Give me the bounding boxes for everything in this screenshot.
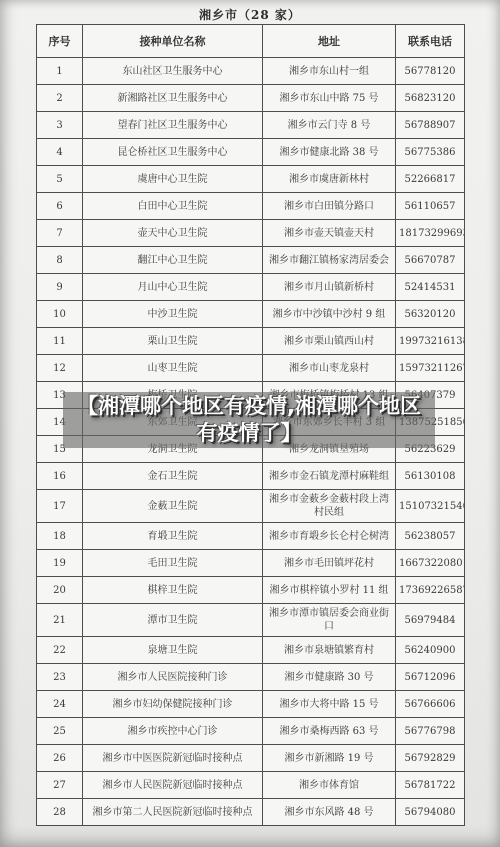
- header-seq: 序号: [37, 25, 83, 58]
- table-row: 7 壶天中心卫生院 湘乡市壶天镇壶天村 18173299693: [37, 220, 465, 247]
- cell-address: 湘乡市体育馆: [263, 772, 396, 799]
- cell-unit-name: 育塅卫生院: [83, 523, 263, 550]
- header-phone: 联系电话: [396, 25, 465, 58]
- cell-unit-name: 泉塘卫生院: [83, 637, 263, 664]
- cell-address: 湘乡市大将中路 15 号: [263, 691, 396, 718]
- cell-phone: 56712096: [396, 664, 465, 691]
- cell-unit-name: 栗山卫生院: [83, 328, 263, 355]
- cell-address: 湘乡市中沙镇中沙村 9 组: [263, 301, 396, 328]
- page-title: 湘乡市（28 家）: [0, 6, 500, 23]
- table-row: 22 泉塘卫生院 湘乡市泉塘镇繁育村 56240900: [37, 637, 465, 664]
- cell-unit-name: 棋梓卫生院: [83, 577, 263, 604]
- cell-address: 湘乡市壶天镇壶天村: [263, 220, 396, 247]
- cell-seq: 12: [37, 355, 83, 382]
- cell-address: 湘乡市月山镇新桥村: [263, 274, 396, 301]
- cell-phone: 15107321546: [396, 490, 465, 523]
- cell-address: 湘乡市金薮乡金薮村段上湾村民组: [263, 490, 396, 523]
- table-row: 23 湘乡市人民医院接种门诊 湘乡市健康路 30 号 56712096: [37, 664, 465, 691]
- table-row: 20 棋梓卫生院 湘乡市棋梓镇小罗村 11 组 17369226587: [37, 577, 465, 604]
- header-unit: 接种单位名称: [83, 25, 263, 58]
- cell-seq: 25: [37, 718, 83, 745]
- cell-phone: 52414531: [396, 274, 465, 301]
- cell-address: 湘乡市泉塘镇繁育村: [263, 637, 396, 664]
- table-row: 5 虞唐中心卫生院 湘乡市虞唐新林村 52266817: [37, 166, 465, 193]
- cell-seq: 19: [37, 550, 83, 577]
- cell-unit-name: 金薮卫生院: [83, 490, 263, 523]
- cell-seq: 28: [37, 799, 83, 826]
- cell-phone: 56130108: [396, 463, 465, 490]
- cell-phone: 56766606: [396, 691, 465, 718]
- cell-unit-name: 白田中心卫生院: [83, 193, 263, 220]
- cell-address: 湘乡市育塅乡长仑村仑树湾: [263, 523, 396, 550]
- cell-phone: 56788907: [396, 112, 465, 139]
- cell-phone: 16673220801: [396, 550, 465, 577]
- cell-phone: 56775386: [396, 139, 465, 166]
- cell-address: 湘乡市云门寺 8 号: [263, 112, 396, 139]
- cell-address: 湘乡市白田镇分路口: [263, 193, 396, 220]
- cell-phone: 56110657: [396, 193, 465, 220]
- cell-unit-name: 湘乡市第二人民医院新冠临时接种点: [83, 799, 263, 826]
- cell-unit-name: 湘乡市疾控中心门诊: [83, 718, 263, 745]
- cell-seq: 18: [37, 523, 83, 550]
- table-row: 26 湘乡市中医医院新冠临时接种点 湘乡市新湘路 19 号 56792829: [37, 745, 465, 772]
- cell-unit-name: 壶天中心卫生院: [83, 220, 263, 247]
- cell-unit-name: 中沙卫生院: [83, 301, 263, 328]
- cell-phone: 56238057: [396, 523, 465, 550]
- cell-phone: 18173299693: [396, 220, 465, 247]
- table-row: 21 潭市卫生院 湘乡市潭市镇居委会商业街口 56979484: [37, 604, 465, 637]
- cell-phone: 56776798: [396, 718, 465, 745]
- table-header-row: 序号 接种单位名称 地址 联系电话: [37, 25, 465, 58]
- cell-unit-name: 湘乡市中医医院新冠临时接种点: [83, 745, 263, 772]
- cell-unit-name: 湘乡市人民医院接种门诊: [83, 664, 263, 691]
- cell-seq: 7: [37, 220, 83, 247]
- cell-seq: 11: [37, 328, 83, 355]
- cell-address: 湘乡市东山村一组: [263, 58, 396, 85]
- table-row: 10 中沙卫生院 湘乡市中沙镇中沙村 9 组 56320120: [37, 301, 465, 328]
- cell-phone: 56240900: [396, 637, 465, 664]
- cell-seq: 9: [37, 274, 83, 301]
- cell-address: 湘乡市栗山镇西山村: [263, 328, 396, 355]
- cell-seq: 8: [37, 247, 83, 274]
- cell-seq: 3: [37, 112, 83, 139]
- cell-address: 湘乡市棋梓镇小罗村 11 组: [263, 577, 396, 604]
- cell-seq: 1: [37, 58, 83, 85]
- table-row: 27 湘乡市人民医院新冠临时接种点 湘乡市体育馆 56781722: [37, 772, 465, 799]
- cell-address: 湘乡市金石镇龙潭村麻鞋组: [263, 463, 396, 490]
- table-row: 25 湘乡市疾控中心门诊 湘乡市桑梅西路 63 号 56776798: [37, 718, 465, 745]
- cell-unit-name: 翻江中心卫生院: [83, 247, 263, 274]
- cell-unit-name: 望春门社区卫生服务中心: [83, 112, 263, 139]
- cell-unit-name: 东山社区卫生服务中心: [83, 58, 263, 85]
- cell-phone: 56823120: [396, 85, 465, 112]
- cell-address: 湘乡市山枣龙泉村: [263, 355, 396, 382]
- cell-seq: 5: [37, 166, 83, 193]
- cell-phone: 56778120: [396, 58, 465, 85]
- cell-phone: 56794080: [396, 799, 465, 826]
- cell-phone: 56670787: [396, 247, 465, 274]
- table-row: 6 白田中心卫生院 湘乡市白田镇分路口 56110657: [37, 193, 465, 220]
- watermark-overlay: 【湘潭哪个地区有疫情,湘潭哪个地区 有疫情了】: [63, 392, 435, 448]
- cell-phone: 56320120: [396, 301, 465, 328]
- cell-unit-name: 昆仑桥社区卫生服务中心: [83, 139, 263, 166]
- cell-seq: 10: [37, 301, 83, 328]
- cell-unit-name: 月山中心卫生院: [83, 274, 263, 301]
- table-row: 12 山枣卫生院 湘乡市山枣龙泉村 15973211267: [37, 355, 465, 382]
- cell-address: 湘乡市潭市镇居委会商业街口: [263, 604, 396, 637]
- cell-seq: 2: [37, 85, 83, 112]
- cell-seq: 6: [37, 193, 83, 220]
- table-row: 3 望春门社区卫生服务中心 湘乡市云门寺 8 号 56788907: [37, 112, 465, 139]
- cell-seq: 23: [37, 664, 83, 691]
- cell-address: 湘乡市东山中路 75 号: [263, 85, 396, 112]
- cell-phone: 56792829: [396, 745, 465, 772]
- cell-unit-name: 潭市卫生院: [83, 604, 263, 637]
- table-row: 11 栗山卫生院 湘乡市栗山镇西山村 19973216138: [37, 328, 465, 355]
- cell-address: 湘乡市翻江镇杨家湾居委会: [263, 247, 396, 274]
- cell-unit-name: 虞唐中心卫生院: [83, 166, 263, 193]
- cell-seq: 20: [37, 577, 83, 604]
- watermark-text-line2: 有疫情了】: [197, 420, 302, 447]
- cell-seq: 27: [37, 772, 83, 799]
- table-row: 16 金石卫生院 湘乡市金石镇龙潭村麻鞋组 56130108: [37, 463, 465, 490]
- cell-address: 湘乡市虞唐新林村: [263, 166, 396, 193]
- cell-seq: 24: [37, 691, 83, 718]
- table-row: 8 翻江中心卫生院 湘乡市翻江镇杨家湾居委会 56670787: [37, 247, 465, 274]
- header-address: 地址: [263, 25, 396, 58]
- cell-unit-name: 金石卫生院: [83, 463, 263, 490]
- table-row: 9 月山中心卫生院 湘乡市月山镇新桥村 52414531: [37, 274, 465, 301]
- watermark-text-line1: 【湘潭哪个地区有疫情,湘潭哪个地区: [77, 393, 421, 420]
- cell-phone: 15973211267: [396, 355, 465, 382]
- cell-seq: 16: [37, 463, 83, 490]
- cell-unit-name: 山枣卫生院: [83, 355, 263, 382]
- table-row: 2 新湘路社区卫生服务中心 湘乡市东山中路 75 号 56823120: [37, 85, 465, 112]
- cell-unit-name: 毛田卫生院: [83, 550, 263, 577]
- cell-seq: 17: [37, 490, 83, 523]
- table-row: 19 毛田卫生院 湘乡市毛田镇坪花村 16673220801: [37, 550, 465, 577]
- cell-seq: 26: [37, 745, 83, 772]
- cell-address: 湘乡市毛田镇坪花村: [263, 550, 396, 577]
- cell-phone: 19973216138: [396, 328, 465, 355]
- cell-address: 湘乡市东风路 48 号: [263, 799, 396, 826]
- table-row: 28 湘乡市第二人民医院新冠临时接种点 湘乡市东风路 48 号 56794080: [37, 799, 465, 826]
- cell-seq: 4: [37, 139, 83, 166]
- table-row: 4 昆仑桥社区卫生服务中心 湘乡市健康北路 38 号 56775386: [37, 139, 465, 166]
- cell-phone: 56979484: [396, 604, 465, 637]
- cell-address: 湘乡市桑梅西路 63 号: [263, 718, 396, 745]
- cell-unit-name: 湘乡市妇幼保健院接种门诊: [83, 691, 263, 718]
- cell-unit-name: 新湘路社区卫生服务中心: [83, 85, 263, 112]
- cell-phone: 52266817: [396, 166, 465, 193]
- cell-address: 湘乡市健康路 30 号: [263, 664, 396, 691]
- cell-phone: 56781722: [396, 772, 465, 799]
- cell-seq: 22: [37, 637, 83, 664]
- table-row: 17 金薮卫生院 湘乡市金薮乡金薮村段上湾村民组 15107321546: [37, 490, 465, 523]
- cell-seq: 21: [37, 604, 83, 637]
- cell-unit-name: 湘乡市人民医院新冠临时接种点: [83, 772, 263, 799]
- table-row: 1 东山社区卫生服务中心 湘乡市东山村一组 56778120: [37, 58, 465, 85]
- cell-phone: 17369226587: [396, 577, 465, 604]
- cell-address: 湘乡市健康北路 38 号: [263, 139, 396, 166]
- table-row: 18 育塅卫生院 湘乡市育塅乡长仑村仑树湾 56238057: [37, 523, 465, 550]
- cell-address: 湘乡市新湘路 19 号: [263, 745, 396, 772]
- table-row: 24 湘乡市妇幼保健院接种门诊 湘乡市大将中路 15 号 56766606: [37, 691, 465, 718]
